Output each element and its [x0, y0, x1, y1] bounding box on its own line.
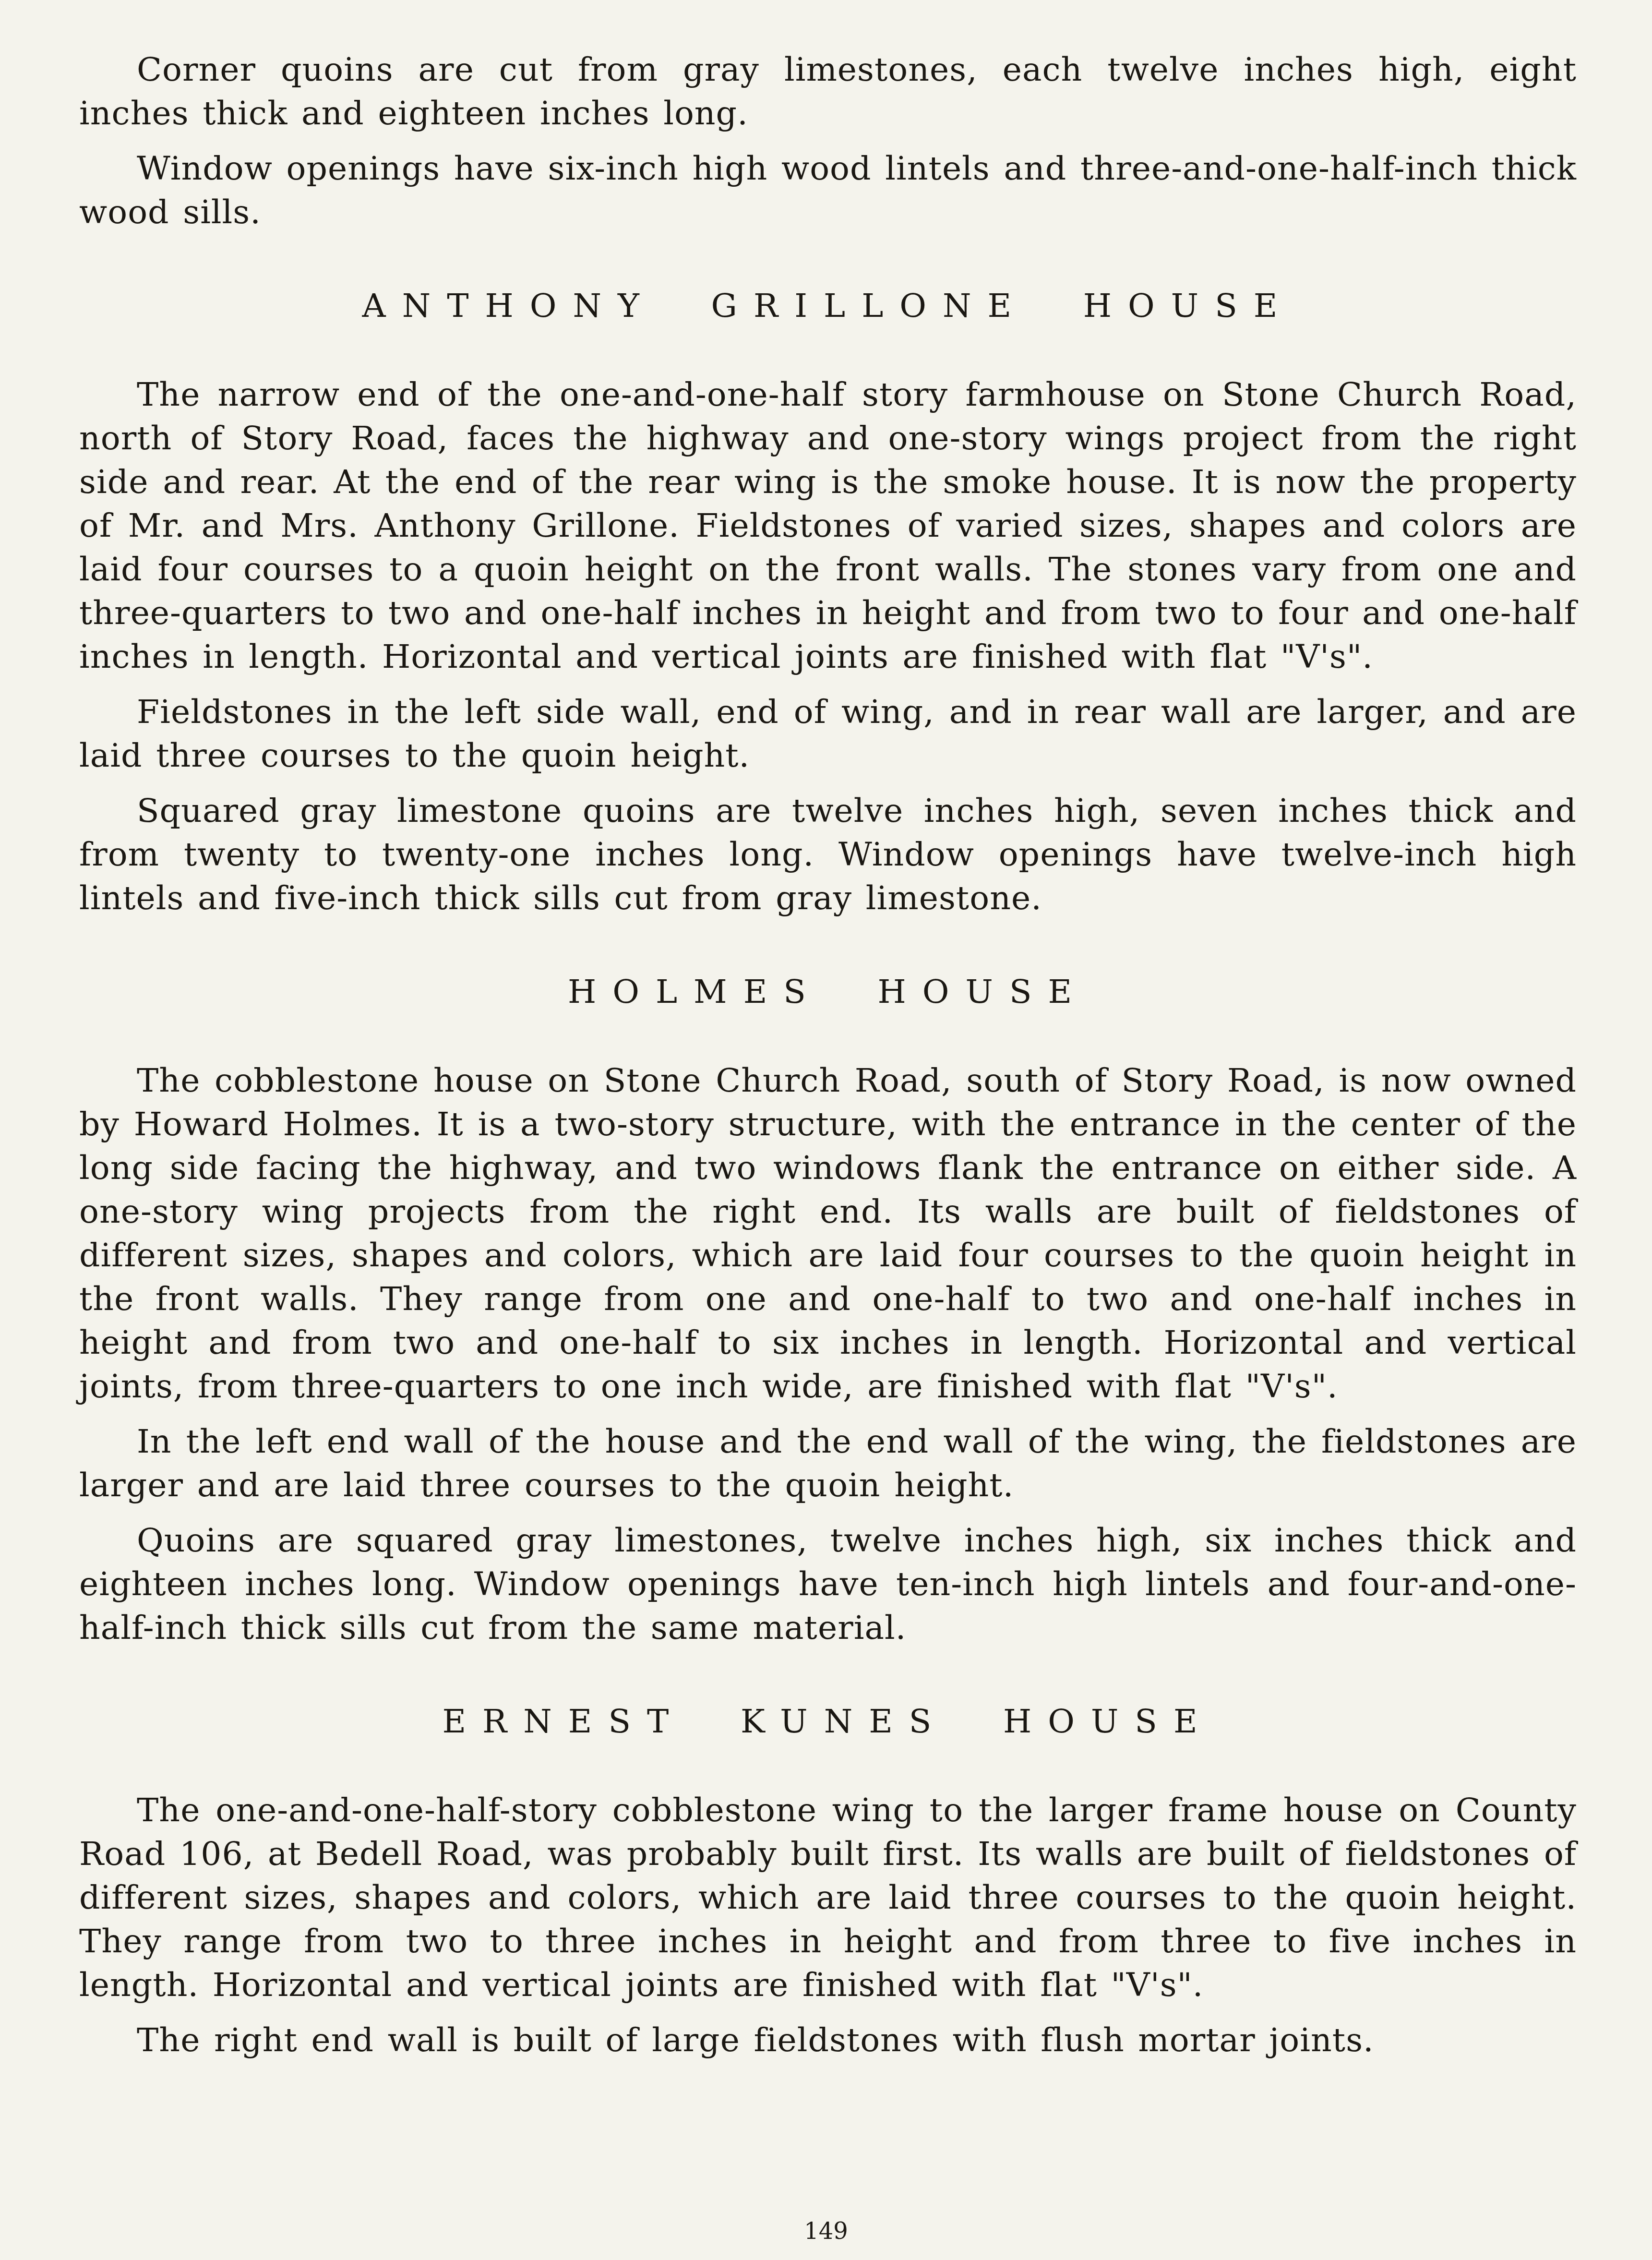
intro-paragraph: Window openings have six-inch high wood …: [79, 147, 1577, 234]
paragraph: Quoins are squared gray limestones, twel…: [79, 1519, 1577, 1650]
page-body: Corner quoins are cut from gray limeston…: [79, 48, 1577, 2074]
paragraph: The narrow end of the one-and-one-half s…: [79, 373, 1577, 679]
section-heading-holmes: HOLMES HOUSE: [79, 973, 1577, 1011]
paragraph: In the left end wall of the house and th…: [79, 1420, 1577, 1507]
paragraph: Fieldstones in the left side wall, end o…: [79, 690, 1577, 778]
paragraph: The cobblestone house on Stone Church Ro…: [79, 1059, 1577, 1408]
paragraph: Squared gray limestone quoins are twelve…: [79, 789, 1577, 920]
section-heading-grillone: ANTHONY GRILLONE HOUSE: [79, 287, 1577, 325]
page-number: 149: [0, 2218, 1652, 2245]
intro-paragraph: Corner quoins are cut from gray limeston…: [79, 48, 1577, 135]
section-heading-kunes: ERNEST KUNES HOUSE: [79, 1703, 1577, 1741]
paragraph: The right end wall is built of large fie…: [79, 2019, 1577, 2062]
paragraph: The one-and-one-half-story cobblestone w…: [79, 1789, 1577, 2007]
